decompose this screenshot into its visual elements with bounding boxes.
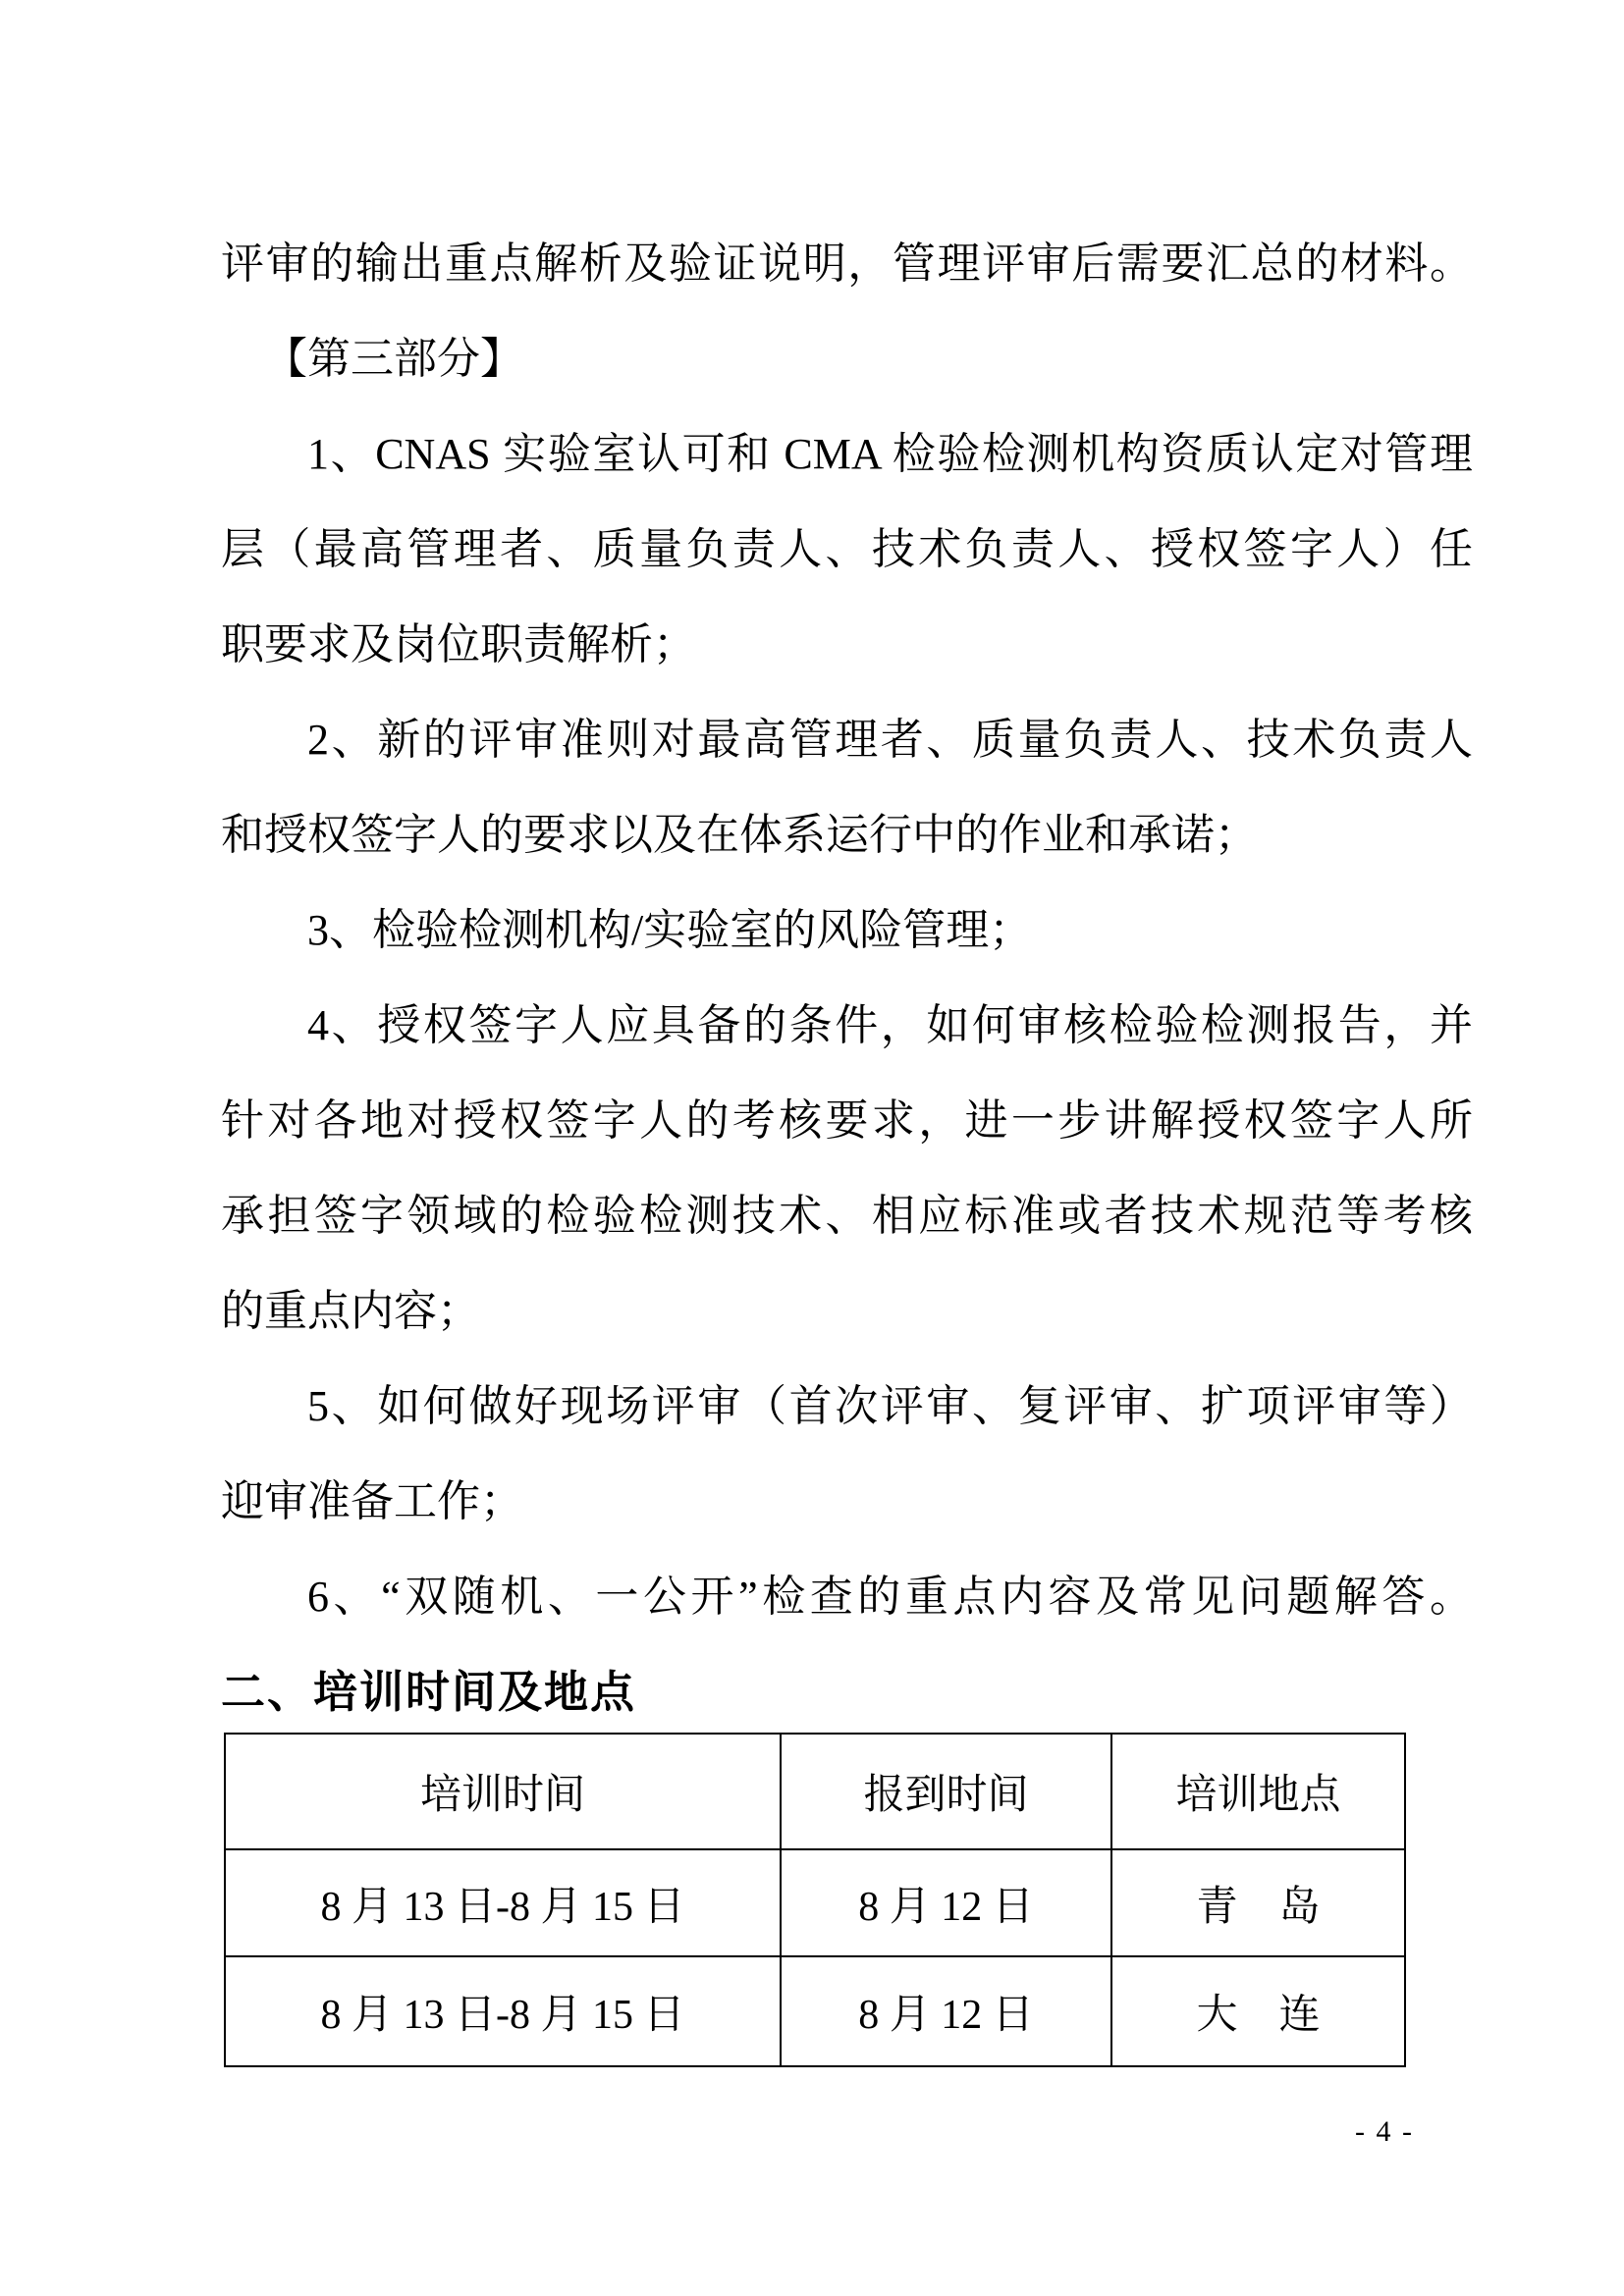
table-header-cell: 培训地点	[1111, 1734, 1405, 1849]
table-cell-training-time: 8 月 13 日-8 月 15 日	[225, 1956, 781, 2066]
body-line: 1、CNAS 实验室认可和 CMA 检验检测机构资质认定对管理	[221, 406, 1473, 502]
document-page: 评审的输出重点解析及验证说明，管理评审后需要汇总的材料。 【第三部分】 1、CN…	[0, 0, 1624, 2296]
table-row: 8 月 13 日-8 月 15 日 8 月 12 日 大 连	[225, 1956, 1405, 2066]
body-line: 3、检验检测机构/实验室的风险管理；	[221, 882, 1473, 978]
document-body: 评审的输出重点解析及验证说明，管理评审后需要汇总的材料。 【第三部分】 1、CN…	[221, 216, 1473, 1739]
schedule-table: 培训时间 报到时间 培训地点 8 月 13 日-8 月 15 日 8 月 12 …	[224, 1733, 1406, 2067]
table-header-cell: 报到时间	[781, 1734, 1111, 1849]
page-number: - 4 -	[1355, 2115, 1414, 2149]
body-line: 层（最高管理者、质量负责人、技术负责人、授权签字人）任	[221, 502, 1473, 597]
body-line: 承担签字领域的检验检测技术、相应标准或者技术规范等考核	[221, 1168, 1473, 1263]
body-line: 针对各地对授权签字人的考核要求，进一步讲解授权签字人所	[221, 1073, 1473, 1168]
table-header-row: 培训时间 报到时间 培训地点	[225, 1734, 1405, 1849]
body-line: 5、如何做好现场评审（首次评审、复评审、扩项评审等）	[221, 1359, 1473, 1454]
table-cell-location: 大 连	[1111, 1956, 1405, 2066]
table-cell-location: 青 岛	[1111, 1849, 1405, 1956]
body-line: 6、“双随机、一公开”检查的重点内容及常见问题解答。	[221, 1549, 1473, 1644]
body-line: 【第三部分】	[221, 311, 1473, 406]
table-cell-training-time: 8 月 13 日-8 月 15 日	[225, 1849, 781, 1956]
table-header-cell: 培训时间	[225, 1734, 781, 1849]
body-line: 和授权签字人的要求以及在体系运行中的作业和承诺；	[221, 787, 1473, 882]
table-cell-checkin-time: 8 月 12 日	[781, 1956, 1111, 2066]
body-line: 4、授权签字人应具备的条件，如何审核检验检测报告，并	[221, 978, 1473, 1073]
body-line: 的重点内容；	[221, 1263, 1473, 1359]
table-row: 8 月 13 日-8 月 15 日 8 月 12 日 青 岛	[225, 1849, 1405, 1956]
body-line: 评审的输出重点解析及验证说明，管理评审后需要汇总的材料。	[221, 216, 1473, 311]
body-line: 迎审准备工作；	[221, 1454, 1473, 1549]
body-line: 职要求及岗位职责解析；	[221, 597, 1473, 692]
body-line: 2、新的评审准则对最高管理者、质量负责人、技术负责人	[221, 692, 1473, 787]
table-cell-checkin-time: 8 月 12 日	[781, 1849, 1111, 1956]
section-heading: 二、培训时间及地点	[221, 1644, 1473, 1739]
